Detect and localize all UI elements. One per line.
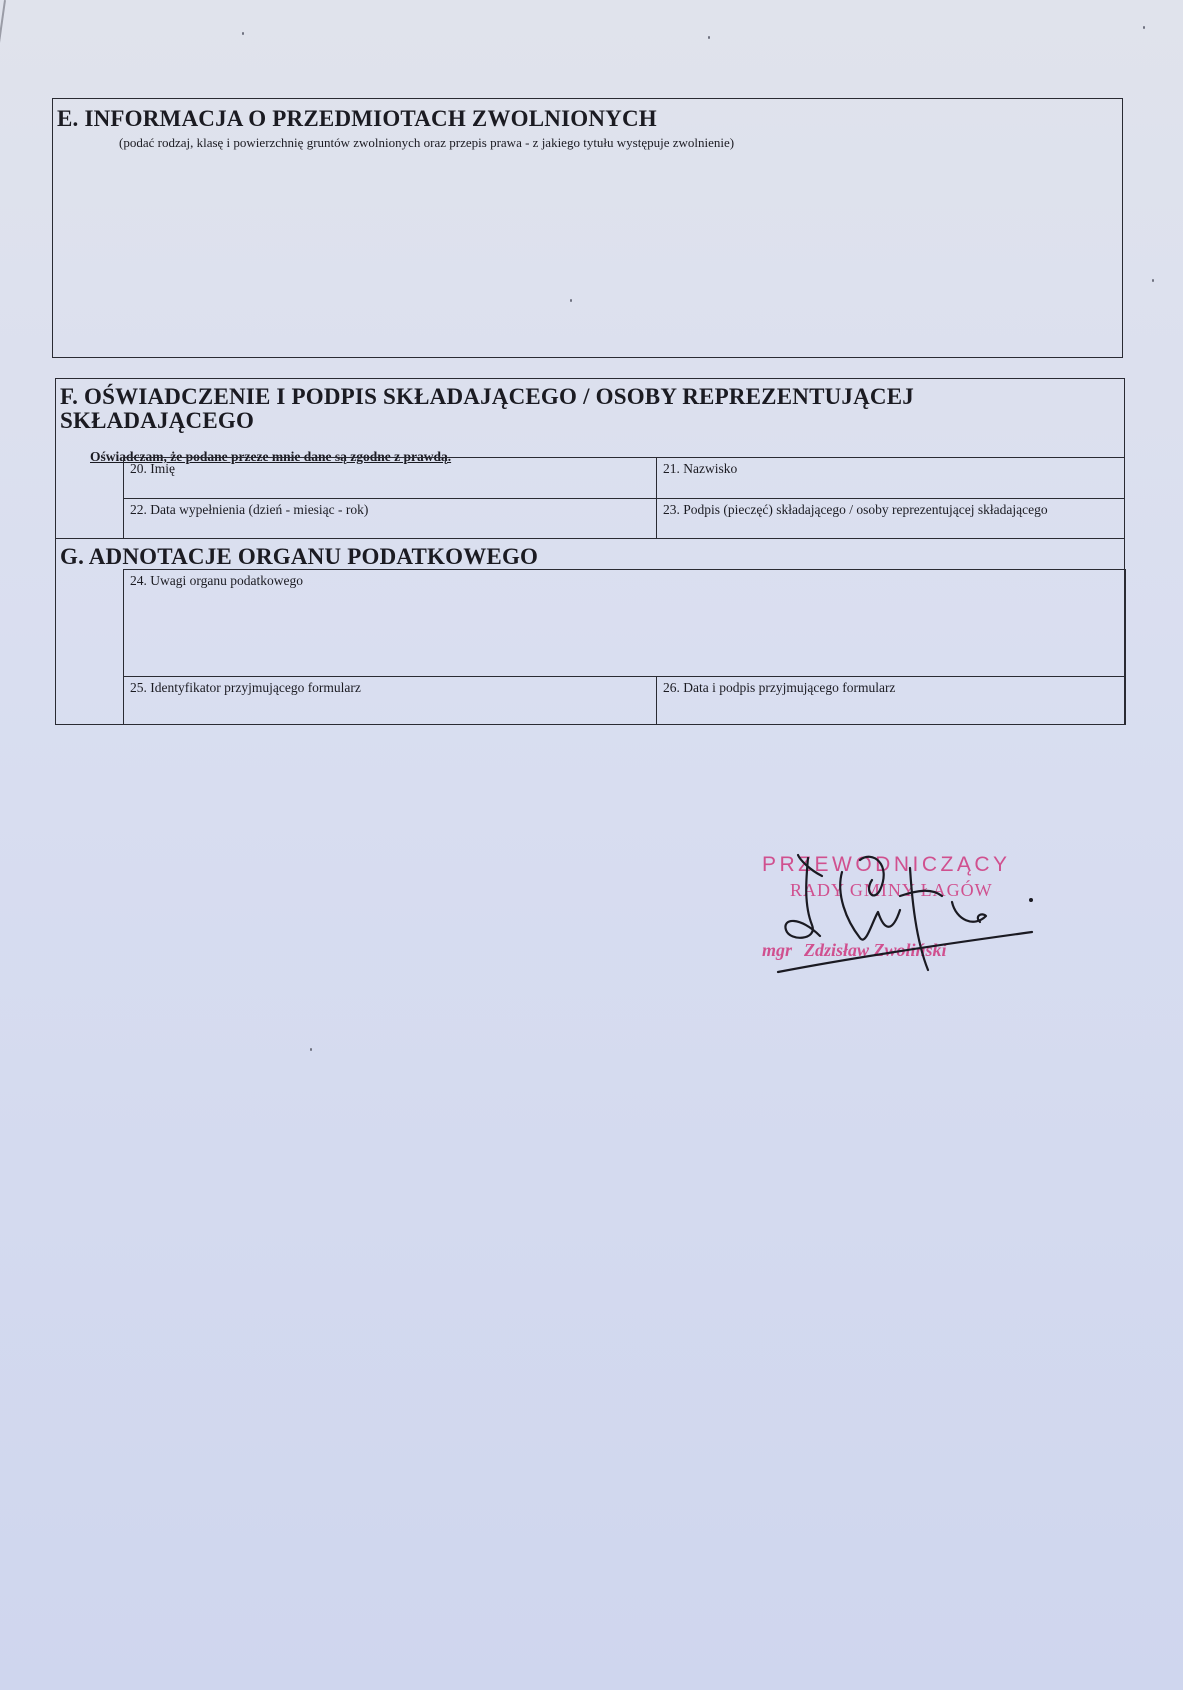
stamp-signatory: mgrZdzisław Zwoliński: [762, 940, 947, 961]
section-e-subtitle: (podać rodzaj, klasę i powierzchnię grun…: [119, 135, 734, 151]
field-receiver-id-label: 25. Identyfikator przyjmującego formular…: [130, 680, 361, 695]
field-tax-authority-remarks[interactable]: 24. Uwagi organu podatkowego: [123, 569, 1126, 677]
field-receiver-id[interactable]: 25. Identyfikator przyjmującego formular…: [123, 676, 657, 725]
scan-speck: [708, 36, 710, 39]
field-signature[interactable]: 23. Podpis (pieczęć) składającego / osob…: [656, 498, 1125, 539]
stamp-prefix: mgr: [762, 940, 792, 960]
field-fill-date-label: 22. Data wypełnienia (dzień - miesiąc - …: [130, 502, 368, 517]
field-signature-label: 23. Podpis (pieczęć) składającego / osob…: [663, 502, 1048, 517]
section-e-title: E. INFORMACJA O PRZEDMIOTACH ZWOLNIONYCH: [57, 107, 657, 131]
stamp-name: Zdzisław Zwoliński: [804, 940, 947, 960]
scan-speck: [242, 32, 244, 35]
scan-speck: [1143, 26, 1145, 29]
field-receiver-date-signature[interactable]: 26. Data i podpis przyjmującego formular…: [656, 676, 1126, 725]
section-g-title: G. ADNOTACJE ORGANU PODATKOWEGO: [60, 545, 538, 569]
stamp-title: PRZEWODNICZĄCY: [762, 853, 1011, 877]
section-e-exempt-items: E. INFORMACJA O PRZEDMIOTACH ZWOLNIONYCH…: [52, 98, 1123, 358]
section-e-content-area[interactable]: [57, 157, 1118, 353]
field-first-name-label: 20. Imię: [130, 461, 175, 476]
section-f-g-frame: F. OŚWIADCZENIE I PODPIS SKŁADAJĄCEGO / …: [55, 378, 1125, 725]
scan-speck: [570, 299, 572, 302]
scan-speck: [1152, 279, 1154, 282]
field-surname[interactable]: 21. Nazwisko: [656, 457, 1125, 499]
scan-speck: [310, 1048, 312, 1051]
page-edge-shadow: [0, 0, 6, 89]
field-fill-date[interactable]: 22. Data wypełnienia (dzień - miesiąc - …: [123, 498, 657, 539]
section-divider: [56, 538, 1124, 539]
stamp-council: RADY GMINY ŁAGÓW: [790, 880, 993, 901]
field-first-name[interactable]: 20. Imię: [123, 457, 657, 499]
section-f-title: F. OŚWIADCZENIE I PODPIS SKŁADAJĄCEGO / …: [60, 385, 1020, 433]
field-receiver-date-signature-label: 26. Data i podpis przyjmującego formular…: [663, 680, 895, 695]
field-surname-label: 21. Nazwisko: [663, 461, 737, 476]
field-tax-authority-remarks-label: 24. Uwagi organu podatkowego: [130, 573, 303, 588]
official-stamp: PRZEWODNICZĄCY RADY GMINY ŁAGÓW mgrZdzis…: [760, 850, 1060, 980]
